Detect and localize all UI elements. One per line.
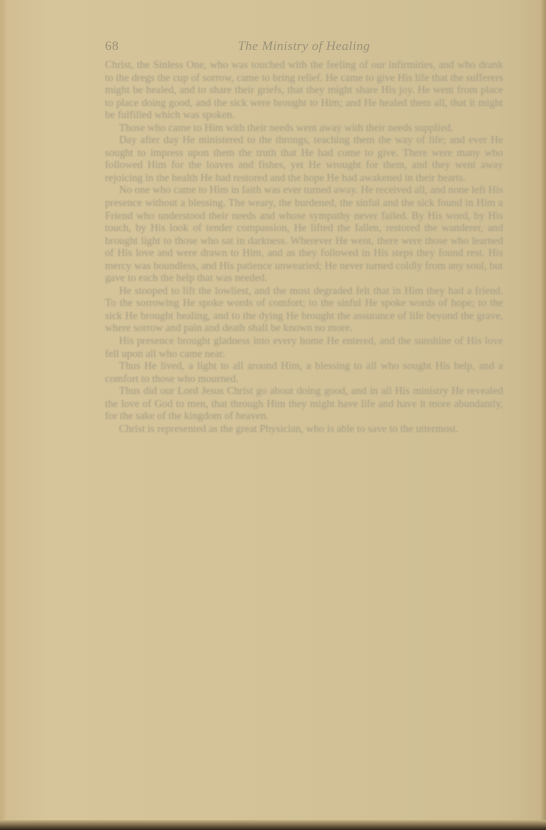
paragraph: He stooped to lift the lowliest, and the… [105, 286, 503, 336]
paragraph: No one who came to Him in faith was ever… [105, 185, 503, 285]
paragraph: His presence brought gladness into every… [105, 336, 503, 361]
paragraph: Day after day He ministered to the thron… [105, 135, 503, 185]
running-title: The Ministry of Healing [105, 38, 503, 54]
running-head: 68 The Ministry of Healing [105, 38, 503, 54]
paragraph: Those who came to Him with their needs w… [105, 123, 503, 136]
body-text: Christ, the Sinless One, who was touched… [105, 60, 503, 436]
paragraph: Christ, the Sinless One, who was touched… [105, 60, 503, 123]
page-edge-right [540, 0, 546, 830]
paragraph: Thus He lived, a light to all around Him… [105, 361, 503, 386]
page-bottom-edge [0, 820, 546, 830]
paragraph: Christ is represented as the great Physi… [105, 424, 503, 437]
paragraph: Thus did our Lord Jesus Christ go about … [105, 386, 503, 424]
